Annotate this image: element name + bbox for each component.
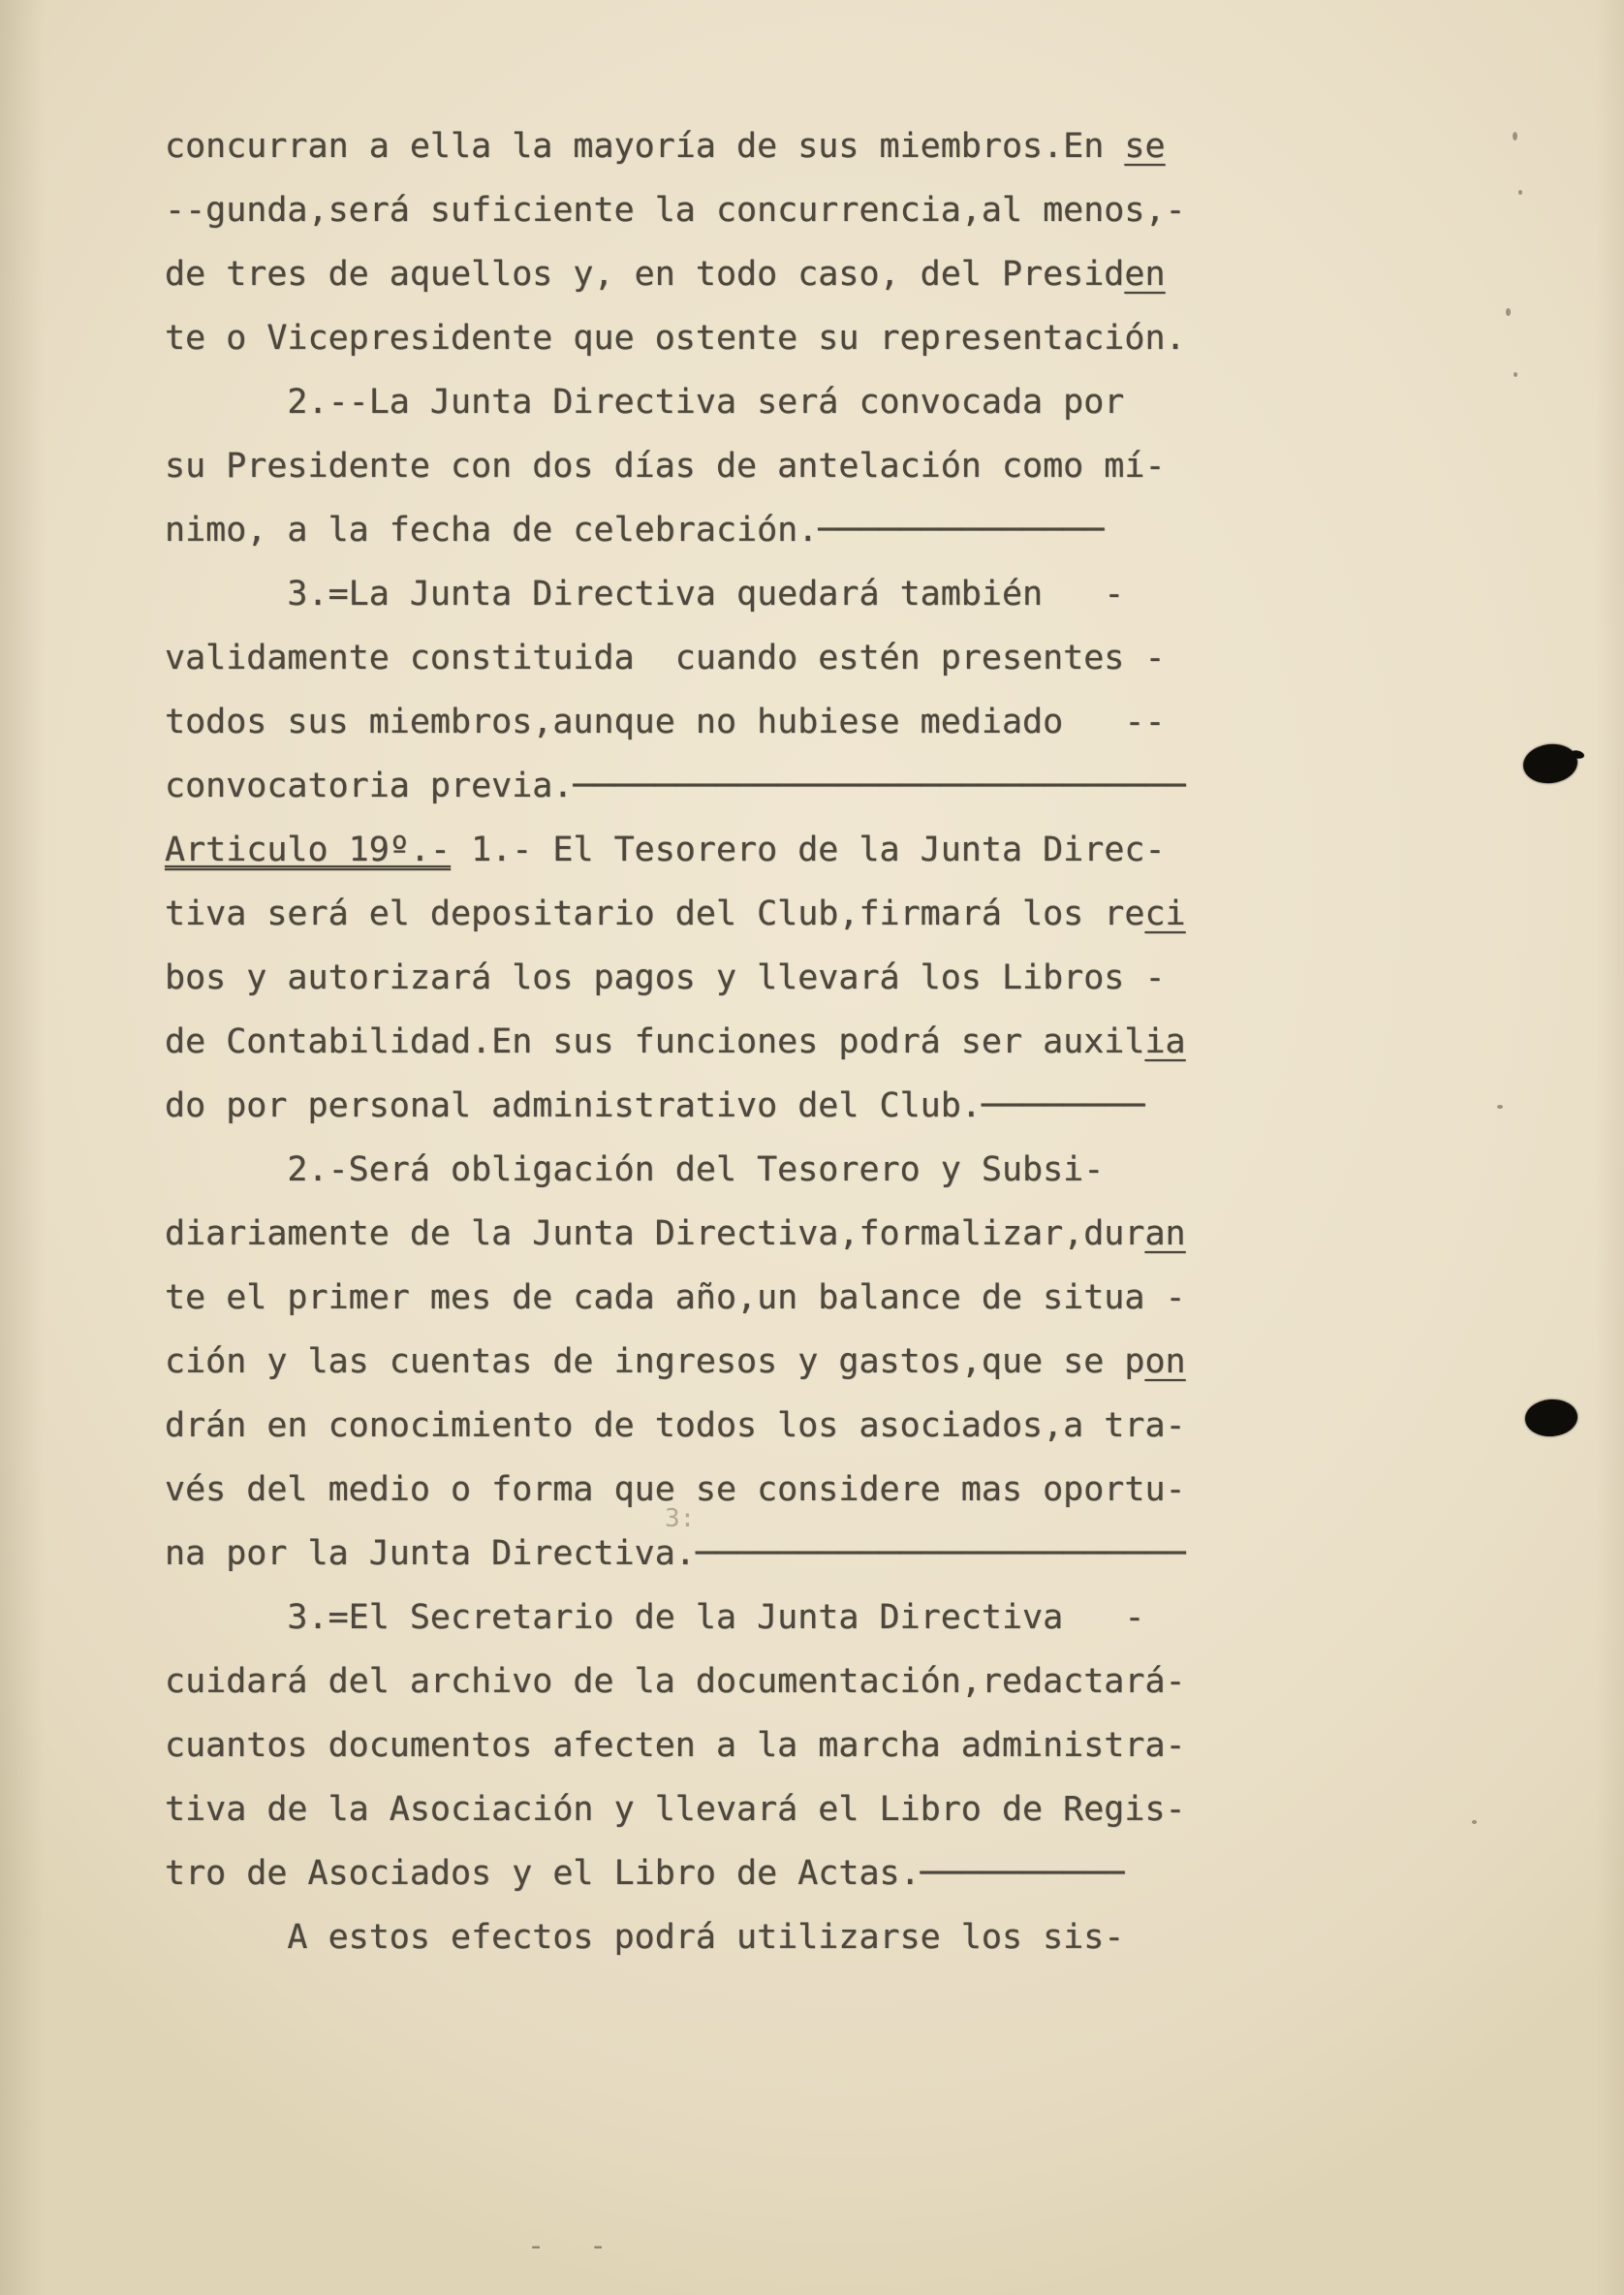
text-line: cuantos documentos afecten a la marcha a… xyxy=(165,1713,1186,1777)
text-segment: se xyxy=(1124,127,1165,166)
text-segment: su Presidente con dos días de antelación… xyxy=(165,447,1166,486)
text-line: ción y las cuentas de ingresos y gastos,… xyxy=(165,1330,1186,1394)
text-segment: todos sus miembros,aunque no hubiese med… xyxy=(165,703,1166,741)
paper-speck xyxy=(1518,190,1522,195)
text-line: nimo, a la fecha de celebración.────────… xyxy=(165,498,1186,562)
text-segment: Articulo 19º.- xyxy=(165,831,451,869)
text-segment: te el primer mes de cada año,un balance … xyxy=(165,1278,1186,1317)
text-segment: na por la Junta Directiva.──────────────… xyxy=(165,1534,1186,1573)
text-segment: te o Vicepresidente que ostente su repre… xyxy=(165,319,1186,358)
text-segment: vés del medio o forma que se considere m… xyxy=(165,1470,1186,1509)
paper-speck xyxy=(1497,1105,1503,1109)
text-line: de Contabilidad.En sus funciones podrá s… xyxy=(165,1010,1186,1074)
text-segment: validamente constituida cuando estén pre… xyxy=(165,639,1166,677)
text-segment: en xyxy=(1124,255,1165,294)
footer-marks: - - xyxy=(527,2229,620,2263)
text-line: tiva será el depositario del Club,firmar… xyxy=(165,882,1186,946)
text-segment: ción y las cuentas de ingresos y gastos,… xyxy=(165,1342,1144,1381)
text-line: --gunda,será suficiente la concurrencia,… xyxy=(165,178,1186,242)
text-segment: bos y autorizará los pagos y llevará los… xyxy=(165,959,1166,997)
paper-speck xyxy=(1472,1820,1477,1824)
text-line: convocatoria previa.────────────────────… xyxy=(165,754,1186,818)
text-line: cuidará del archivo de la documentación,… xyxy=(165,1650,1186,1713)
text-segment: an xyxy=(1144,1214,1185,1253)
text-segment: 3.=El Secretario de la Junta Directiva - xyxy=(165,1598,1144,1637)
text-line: te el primer mes de cada año,un balance … xyxy=(165,1266,1186,1330)
text-segment: 3.=La Junta Directiva quedará también - xyxy=(165,575,1124,613)
text-segment: tiva de la Asociación y llevará el Libro… xyxy=(165,1790,1186,1829)
text-segment: 1.- El Tesorero de la Junta Direc- xyxy=(451,831,1166,869)
text-segment: diariamente de la Junta Directiva,formal… xyxy=(165,1214,1144,1253)
text-line: validamente constituida cuando estén pre… xyxy=(165,626,1186,690)
text-segment: cuantos documentos afecten a la marcha a… xyxy=(165,1726,1186,1765)
text-segment: do por personal administrativo del Club.… xyxy=(165,1086,1144,1125)
text-line: tro de Asociados y el Libro de Actas.───… xyxy=(165,1841,1186,1905)
ink-blot-top xyxy=(1521,741,1579,787)
text-line: 3.=La Junta Directiva quedará también - xyxy=(165,562,1186,626)
text-line: su Presidente con dos días de antelación… xyxy=(165,434,1186,498)
text-segment: cuidará del archivo de la documentación,… xyxy=(165,1662,1186,1701)
text-segment: tro de Asociados y el Libro de Actas.───… xyxy=(165,1854,1124,1893)
text-line: diariamente de la Junta Directiva,formal… xyxy=(165,1202,1186,1266)
text-line: do por personal administrativo del Club.… xyxy=(165,1074,1186,1138)
text-line: 2.-Será obligación del Tesorero y Subsi- xyxy=(165,1138,1186,1202)
text-segment: 2.--La Junta Directiva será convocada po… xyxy=(165,383,1124,422)
text-segment: convocatoria previa.────────────────────… xyxy=(165,767,1186,805)
text-segment: --gunda,será suficiente la concurrencia,… xyxy=(165,191,1186,230)
text-line: concurran a ella la mayoría de sus miemb… xyxy=(165,114,1186,178)
document-page: concurran a ella la mayoría de sus miemb… xyxy=(0,0,1624,2295)
pencil-mark: 3: xyxy=(665,1504,695,1533)
ink-blot-bottom xyxy=(1524,1398,1579,1438)
text-segment: ci xyxy=(1144,895,1185,933)
text-segment: de Contabilidad.En sus funciones podrá s… xyxy=(165,1022,1144,1061)
text-segment: concurran a ella la mayoría de sus miemb… xyxy=(165,127,1124,166)
paper-speck xyxy=(1514,372,1517,377)
text-line: de tres de aquellos y, en todo caso, del… xyxy=(165,242,1186,306)
text-segment: nimo, a la fecha de celebración.────────… xyxy=(165,511,1104,550)
paper-speck xyxy=(1506,308,1511,316)
text-line: 3.=El Secretario de la Junta Directiva - xyxy=(165,1586,1186,1650)
text-line: 2.--La Junta Directiva será convocada po… xyxy=(165,370,1186,434)
text-line: te o Vicepresidente que ostente su repre… xyxy=(165,306,1186,370)
text-line: drán en conocimiento de todos los asocia… xyxy=(165,1394,1186,1458)
text-segment: on xyxy=(1144,1342,1185,1381)
text-segment: de tres de aquellos y, en todo caso, del… xyxy=(165,255,1124,294)
text-line: todos sus miembros,aunque no hubiese med… xyxy=(165,690,1186,754)
text-line: tiva de la Asociación y llevará el Libro… xyxy=(165,1777,1186,1841)
text-segment: 2.-Será obligación del Tesorero y Subsi- xyxy=(165,1150,1104,1189)
text-line: Articulo 19º.- 1.- El Tesorero de la Jun… xyxy=(165,818,1186,882)
text-segment: ia xyxy=(1144,1022,1185,1061)
text-segment: tiva será el depositario del Club,firmar… xyxy=(165,895,1144,933)
text-line: bos y autorizará los pagos y llevará los… xyxy=(165,946,1186,1010)
paper-speck xyxy=(1513,132,1517,141)
text-segment: drán en conocimiento de todos los asocia… xyxy=(165,1406,1186,1445)
text-block: concurran a ella la mayoría de sus miemb… xyxy=(165,114,1186,1969)
text-line: A estos efectos podrá utilizarse los sis… xyxy=(165,1905,1186,1969)
text-segment: A estos efectos podrá utilizarse los sis… xyxy=(165,1918,1124,1957)
